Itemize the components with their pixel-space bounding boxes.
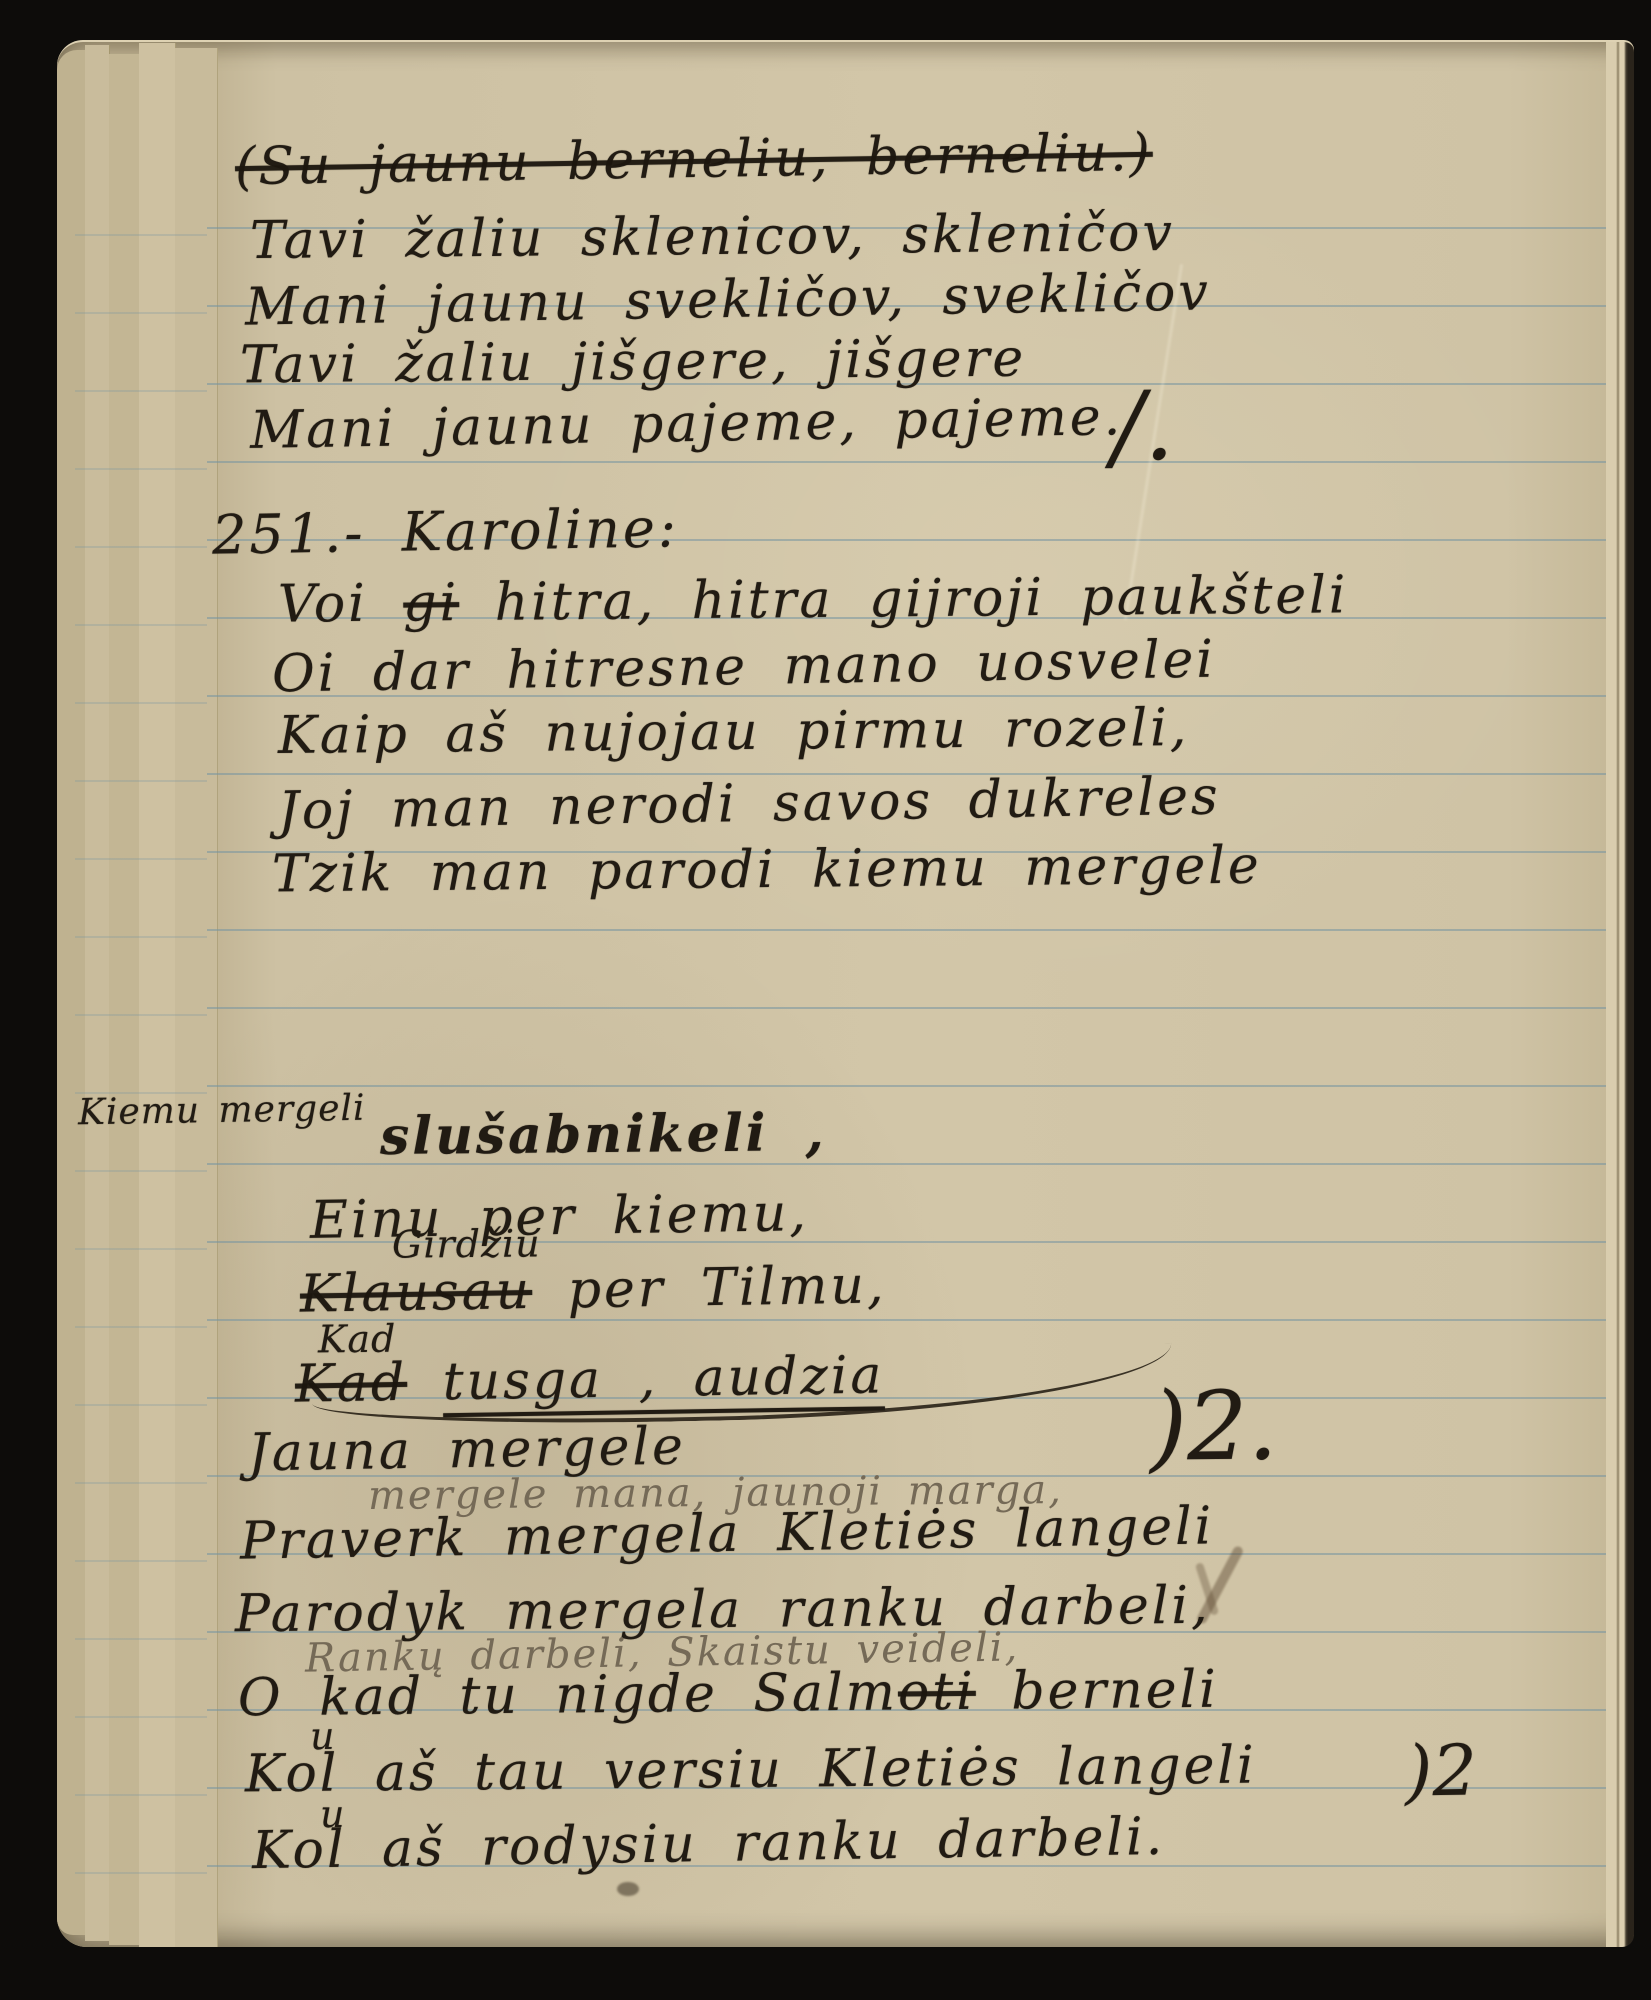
text-segment: Oi dar hitresne mano uosvelei xyxy=(272,630,1217,705)
text-segment: Joj man nerodi savos dukreles xyxy=(278,767,1221,842)
text-segment: Einu per kiemu, xyxy=(310,1183,810,1251)
text-segment: slušabnikeli , xyxy=(380,1102,827,1167)
text-segment: Kiemu mergeli xyxy=(78,1088,366,1134)
repeat-bracket-mark: )2 xyxy=(1404,1729,1477,1812)
text-segment: )2. xyxy=(1150,1371,1279,1482)
text-segment: Kol aš rodysiu ranku darbeli. xyxy=(252,1807,1166,1881)
verse-line: Oi dar hitresne mano uosvelei xyxy=(272,630,1217,705)
text-segment: )2 xyxy=(1404,1729,1477,1812)
verse-line: Tavi žaliu sklenicov, skleničov xyxy=(250,203,1175,271)
text-segment: Kaip aš nujojau pirmu rozeli, xyxy=(278,698,1190,766)
text-segment: Mani jaunu svekličov, svekličov xyxy=(245,262,1212,337)
text-segment xyxy=(407,1352,443,1413)
text-segment: (Su jaunu berneliu, berneliu.) xyxy=(235,123,1154,197)
text-segment: per Tilmu, xyxy=(532,1255,887,1321)
verse-line-struck: (Su jaunu berneliu, berneliu.) xyxy=(235,123,1154,197)
verse-line: Kol aš tau versiu Kletiės langeli xyxy=(245,1736,1257,1805)
book-fore-edge xyxy=(1606,42,1634,1947)
verse-line: Tzik man parodi kiemu mergele xyxy=(272,836,1262,905)
song-number-heading: 251.- Karoline: xyxy=(212,496,680,566)
verse-line: Tavi žaliu jišgere, jišgere xyxy=(240,329,1027,396)
text-segment: Kad xyxy=(295,1353,408,1415)
verse-line: Kad tusga , audzia xyxy=(295,1345,885,1414)
text-segment: Voi xyxy=(278,574,404,635)
text-segment: /. xyxy=(1112,372,1175,483)
verse-line: Mani jaunu pajeme, pajeme. xyxy=(250,387,1124,461)
text-segment: Tavi žaliu sklenicov, skleničov xyxy=(250,203,1175,271)
ink-blot xyxy=(617,1882,639,1896)
repeat-bracket-mark: )2. xyxy=(1150,1371,1279,1482)
text-segment: O kad tu nigde Salm xyxy=(238,1663,898,1729)
correction-above: Girdžiu xyxy=(392,1221,541,1266)
text-segment: berneli xyxy=(976,1660,1219,1722)
text-segment: 251.- Karoline: xyxy=(212,496,680,566)
text-segment: oti xyxy=(898,1662,976,1723)
text-segment: tusga , audzia xyxy=(442,1345,885,1412)
text-segment: gi xyxy=(403,573,459,633)
text-layer: (Su jaunu berneliu, berneliu.)Tavi žaliu… xyxy=(57,42,1634,1947)
margin-note: Kiemu mergeli xyxy=(78,1088,366,1134)
verse-line: Voi gi hitra, hitra gijroji paukšteli xyxy=(278,565,1349,634)
verse-line: O kad tu nigde Salmoti berneli xyxy=(238,1660,1219,1729)
verse-line: Klausau per Tilmu, xyxy=(300,1255,887,1324)
photo-black-background: { "page_colors": { "bg": "#0d0c0a", "pap… xyxy=(0,0,1651,2000)
manuscript-page: (Su jaunu berneliu, berneliu.)Tavi žaliu… xyxy=(57,40,1634,1947)
verse-line: Kaip aš nujojau pirmu rozeli, xyxy=(278,698,1190,766)
text-segment: Girdžiu xyxy=(392,1221,541,1266)
verse-line: Kol aš rodysiu ranku darbeli. xyxy=(252,1807,1166,1881)
verse-line: slušabnikeli , xyxy=(380,1102,827,1167)
text-segment: Tzik man parodi kiemu mergele xyxy=(272,836,1262,905)
repeat-slash-mark: /. xyxy=(1112,372,1175,483)
text-segment: Tavi žaliu jišgere, jišgere xyxy=(240,329,1027,396)
verse-line: Einu per kiemu, xyxy=(310,1183,810,1251)
verse-line: Mani jaunu svekličov, svekličov xyxy=(245,262,1212,337)
text-segment: hitra, hitra gijroji paukšteli xyxy=(459,565,1349,633)
text-segment: Kol aš tau versiu Kletiės langeli xyxy=(245,1736,1257,1805)
verse-line: Joj man nerodi savos dukreles xyxy=(278,767,1221,842)
text-segment: Klausau xyxy=(300,1261,533,1325)
text-segment: Mani jaunu pajeme, pajeme. xyxy=(250,387,1124,461)
